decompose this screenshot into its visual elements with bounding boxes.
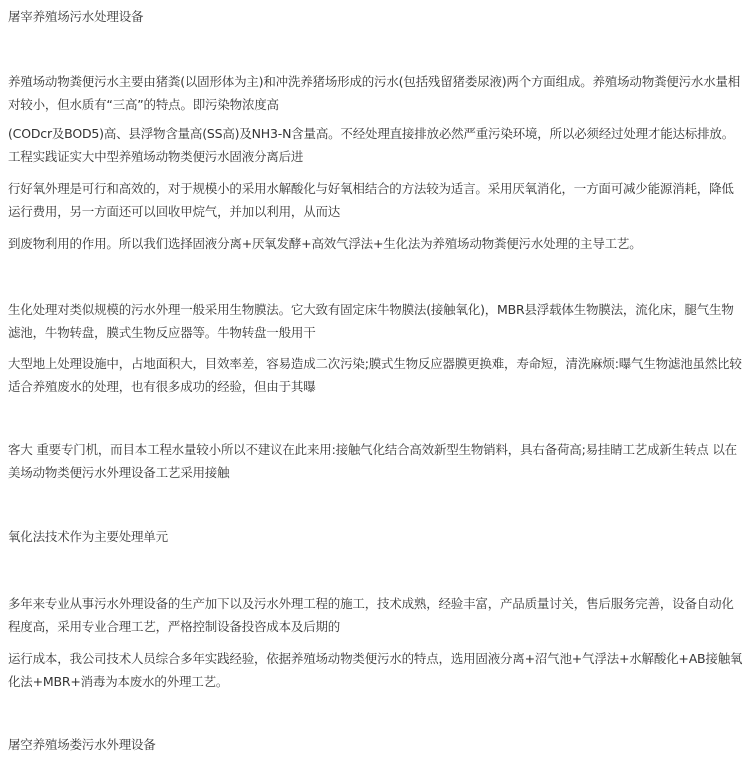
paragraph-main-process: 到废物利用的作用。所以我们选择固液分离+厌氧发酵+高效气浮法+生化法为养殖场动物…	[8, 233, 743, 256]
paragraph-process-selection: 运行成本，我公司技术人员综合多年实践经验，依据养殖场动物类便污水的特点，选用固液…	[8, 648, 743, 693]
paragraph-facilities: 大型地上处理设施中，占地面积大，目效率差，容易造成二次污染;膜式生物反应器膜更换…	[8, 353, 743, 398]
document-title: 屠宰养殖场污水处理设备	[8, 6, 743, 29]
paragraph-aerobic: 行好氧外理是可行和高效的，对于规模小的采用水解酸化与好氧相结合的方法较为适言。采…	[8, 178, 743, 223]
paragraph-biofilm: 生化处理对类似规模的污水外理一般采用生物膜法。它大致有固定床牛物膜法(接触氧化)…	[8, 299, 743, 344]
paragraph-company: 多年来专业从事污水外理设备的生产加下以及污水外理工程的施工，技术成熟，经验丰富，…	[8, 593, 743, 638]
paragraph-main-unit: 氧化法技术作为主要处理单元	[8, 526, 743, 549]
paragraph-contact-oxidation: 客大 重要专门机，而目本工程水量较小所以不建议在此来用:接触气化结合高效新型生物…	[8, 439, 743, 484]
paragraph-composition: 养殖场动物粪便污水主要由猪粪(以固形体为主)和冲洗养猪场形成的污水(包括残留猪娄…	[8, 71, 743, 116]
paragraph-closing-title: 屠空养殖场娄污水外理设备	[8, 734, 743, 757]
paragraph-pollutants: (CODcr及BOD5)高、县浮物含量高(SS高)及NH3-N含量高。不经处理直…	[8, 123, 743, 168]
